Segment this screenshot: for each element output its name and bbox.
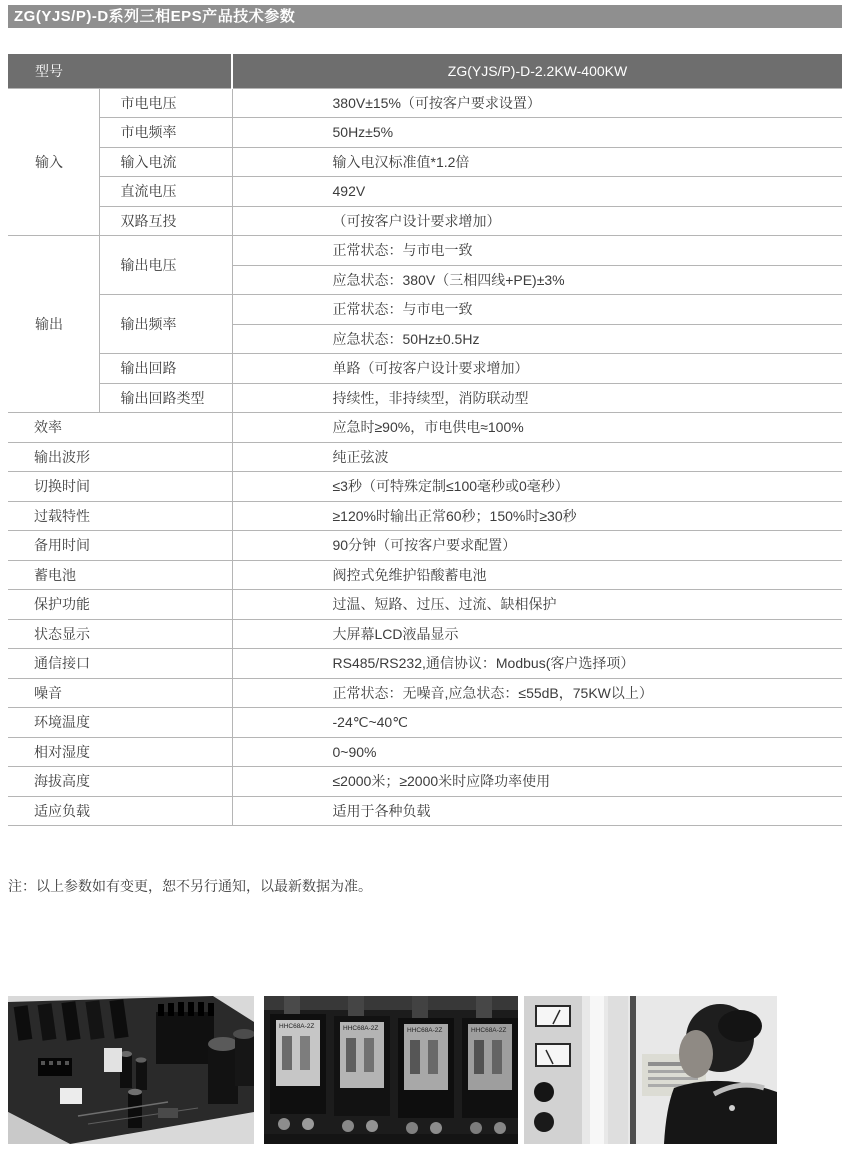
table-header-row: 型号 ZG(YJS/P)-D-2.2KW-400KW <box>8 54 842 88</box>
row-value: 大屏幕LCD液晶显示 <box>232 619 842 649</box>
row-value: RS485/RS232,通信协议：Modbus(客户选择项） <box>232 649 842 679</box>
row-value: （可按客户设计要求增加） <box>232 206 842 236</box>
table-row: 适应负载 适用于各种负载 <box>8 796 842 826</box>
row-label: 市电频率 <box>99 118 232 148</box>
table-row: 相对湿度 0~90% <box>8 737 842 767</box>
table-row: 噪音 正常状态：无噪音,应急状态：≤55dB，75KW以上） <box>8 678 842 708</box>
technician-illustration <box>524 996 777 1144</box>
row-label: 直流电压 <box>99 177 232 207</box>
row-value: 90分钟（可按客户要求配置） <box>232 531 842 561</box>
relay-label: HHC68A-2Z <box>343 1025 378 1032</box>
row-label: 输出回路类型 <box>99 383 232 413</box>
table-row: 双路互投 （可按客户设计要求增加） <box>8 206 842 236</box>
footnote: 注：以上参数如有变更，恕不另行通知，以最新数据为准。 <box>8 876 372 896</box>
circuit-board-illustration <box>8 996 254 1144</box>
row-label: 保护功能 <box>8 590 232 620</box>
relay-label: HHC68A-2Z <box>407 1027 442 1034</box>
row-label: 通信接口 <box>8 649 232 679</box>
row-label: 备用时间 <box>8 531 232 561</box>
row-value: -24℃~40℃ <box>232 708 842 738</box>
row-value: 应急状态：50Hz±0.5Hz <box>232 324 842 354</box>
row-value: 应急时≥90%，市电供电≈100% <box>232 413 842 443</box>
spec-sheet-page: ZG(YJS/P)-D系列三相EPS产品技术参数 型号 ZG(YJS/P)-D-… <box>0 0 850 1159</box>
row-label: 双路互投 <box>99 206 232 236</box>
row-label: 状态显示 <box>8 619 232 649</box>
model-header-label: 型号 <box>8 54 232 88</box>
page-title: ZG(YJS/P)-D系列三相EPS产品技术参数 <box>8 5 842 28</box>
row-value: 0~90% <box>232 737 842 767</box>
row-label: 适应负载 <box>8 796 232 826</box>
row-label: 蓄电池 <box>8 560 232 590</box>
photo-relays: HHC68A-2Z HHC68A-2Z HHC68A-2Z HHC68 <box>264 996 518 1144</box>
table-row: 通信接口 RS485/RS232,通信协议：Modbus(客户选择项） <box>8 649 842 679</box>
row-label: 过载特性 <box>8 501 232 531</box>
table-row: 输出波形 纯正弦波 <box>8 442 842 472</box>
row-value: 单路（可按客户设计要求增加） <box>232 354 842 384</box>
table-row: 输出回路 单路（可按客户设计要求增加） <box>8 354 842 384</box>
relay-label: HHC68A-2Z <box>471 1027 506 1034</box>
row-label: 市电电压 <box>99 88 232 118</box>
row-value: 正常状态：与市电一致 <box>232 236 842 266</box>
photo-technician <box>524 996 777 1144</box>
group-label-input: 输入 <box>8 88 99 236</box>
table-row: 输入电流 输入电汉标准值*1.2倍 <box>8 147 842 177</box>
row-value: ≥120%时输出正常60秒；150%时≥30秒 <box>232 501 842 531</box>
row-value: 阀控式免维护铅酸蓄电池 <box>232 560 842 590</box>
spec-table: 型号 ZG(YJS/P)-D-2.2KW-400KW 输入 市电电压 380V±… <box>8 54 842 826</box>
row-label: 效率 <box>8 413 232 443</box>
row-value: 纯正弦波 <box>232 442 842 472</box>
row-label: 环境温度 <box>8 708 232 738</box>
row-label: 输入电流 <box>99 147 232 177</box>
table-row: 过载特性 ≥120%时输出正常60秒；150%时≥30秒 <box>8 501 842 531</box>
row-label: 输出波形 <box>8 442 232 472</box>
row-value: 380V±15%（可按客户要求设置） <box>232 88 842 118</box>
row-value: 正常状态：与市电一致 <box>232 295 842 325</box>
table-row: 状态显示 大屏幕LCD液晶显示 <box>8 619 842 649</box>
table-row: 效率 应急时≥90%，市电供电≈100% <box>8 413 842 443</box>
row-value: 应急状态：380V（三相四线+PE)±3% <box>232 265 842 295</box>
row-value: 正常状态：无噪音,应急状态：≤55dB，75KW以上） <box>232 678 842 708</box>
photo-circuit-board <box>8 996 254 1144</box>
table-row: 直流电压 492V <box>8 177 842 207</box>
row-label: 相对湿度 <box>8 737 232 767</box>
table-row: 切换时间 ≤3秒（可特殊定制≤100毫秒或0毫秒） <box>8 472 842 502</box>
row-value: 适用于各种负载 <box>232 796 842 826</box>
row-label: 输出回路 <box>99 354 232 384</box>
table-row: 保护功能 过温、短路、过压、过流、缺相保护 <box>8 590 842 620</box>
relay-label: HHC68A-2Z <box>279 1023 314 1030</box>
group-label-output: 输出 <box>8 236 99 413</box>
table-row: 备用时间 90分钟（可按客户要求配置） <box>8 531 842 561</box>
row-value: 50Hz±5% <box>232 118 842 148</box>
model-header-value: ZG(YJS/P)-D-2.2KW-400KW <box>232 54 842 88</box>
table-row: 输出频率 正常状态：与市电一致 <box>8 295 842 325</box>
row-value: 过温、短路、过压、过流、缺相保护 <box>232 590 842 620</box>
table-row: 输出回路类型 持续性，非持续型，消防联动型 <box>8 383 842 413</box>
table-row: 市电频率 50Hz±5% <box>8 118 842 148</box>
row-value: 持续性，非持续型，消防联动型 <box>232 383 842 413</box>
row-label: 切换时间 <box>8 472 232 502</box>
row-value: 492V <box>232 177 842 207</box>
row-label: 噪音 <box>8 678 232 708</box>
row-value: 输入电汉标准值*1.2倍 <box>232 147 842 177</box>
table-row: 输出 输出电压 正常状态：与市电一致 <box>8 236 842 266</box>
table-row: 输入 市电电压 380V±15%（可按客户要求设置） <box>8 88 842 118</box>
row-label: 输出电压 <box>99 236 232 295</box>
row-value: ≤3秒（可特殊定制≤100毫秒或0毫秒） <box>232 472 842 502</box>
row-value: ≤2000米；≥2000米时应降功率使用 <box>232 767 842 797</box>
relays-illustration: HHC68A-2Z HHC68A-2Z HHC68A-2Z HHC68 <box>264 996 518 1144</box>
row-label: 输出频率 <box>99 295 232 354</box>
row-label: 海拔高度 <box>8 767 232 797</box>
table-row: 蓄电池 阀控式免维护铅酸蓄电池 <box>8 560 842 590</box>
table-row: 环境温度 -24℃~40℃ <box>8 708 842 738</box>
table-row: 海拔高度 ≤2000米；≥2000米时应降功率使用 <box>8 767 842 797</box>
